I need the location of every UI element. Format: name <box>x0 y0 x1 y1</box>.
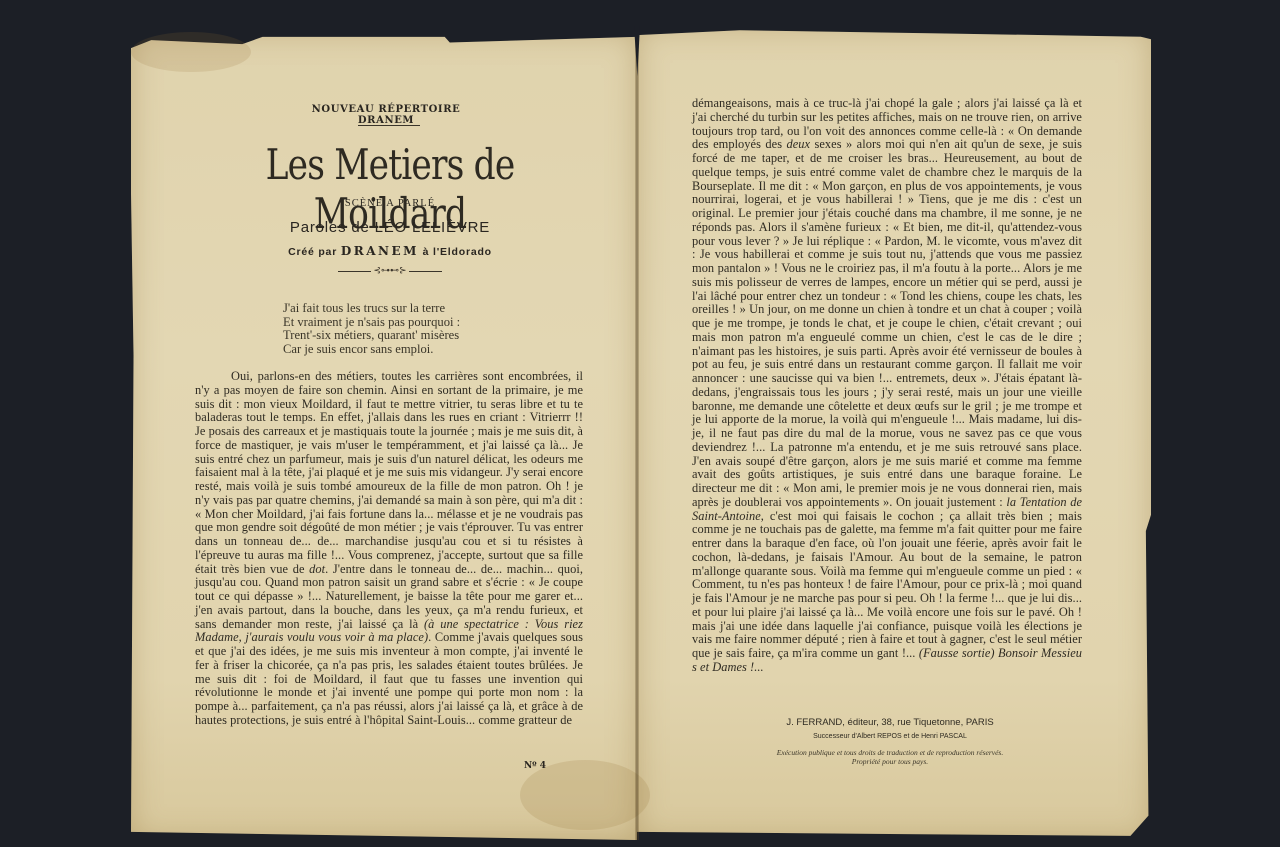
creator-credit: Créé par DRANEM à l'Eldorado <box>240 244 540 258</box>
verse-line: Car je suis encor sans emploi. <box>283 343 503 357</box>
created-by-prefix: Créé par <box>288 246 337 258</box>
performer-name: DRANEM <box>341 244 419 258</box>
successor-line: Successeur d'Albert REPOS et de Henri PA… <box>700 733 1080 740</box>
left-prose: Oui, parlons-en des métiers, toutes les … <box>195 370 583 728</box>
series-header: NOUVEAU RÉPERTOIRE DRANEM <box>286 104 486 126</box>
paper-stain <box>131 32 251 72</box>
publisher-line: J. FERRAND, éditeur, 38, rue Tiquetonne,… <box>700 717 1080 728</box>
page-fold <box>635 28 639 840</box>
ornament-divider-icon: ⊰⊶⊷⊱ <box>338 266 442 276</box>
verse-line: Et vraiment je n'sais pas pourquoi : <box>283 316 503 330</box>
page-number: Nº 4 <box>515 761 555 771</box>
subtitle: SCÈNE A PARLÉ <box>290 198 490 209</box>
rights-notice: Exécution publique et tous droits de tra… <box>700 748 1080 766</box>
right-prose: démangeaisons, mais à ce truc-là j'ai ch… <box>692 97 1082 675</box>
verse-line: J'ai fait tous les trucs sur la terre <box>283 302 503 316</box>
created-by-suffix: à l'Eldorado <box>423 246 492 258</box>
header-rule <box>358 125 420 126</box>
verse: J'ai fait tous les trucs sur la terre Et… <box>283 302 503 356</box>
lyricist-credit: Paroles de LÉO LELIÈVRE <box>270 219 510 236</box>
verse-line: Trent'-six métiers, quarant' misères <box>283 329 503 343</box>
